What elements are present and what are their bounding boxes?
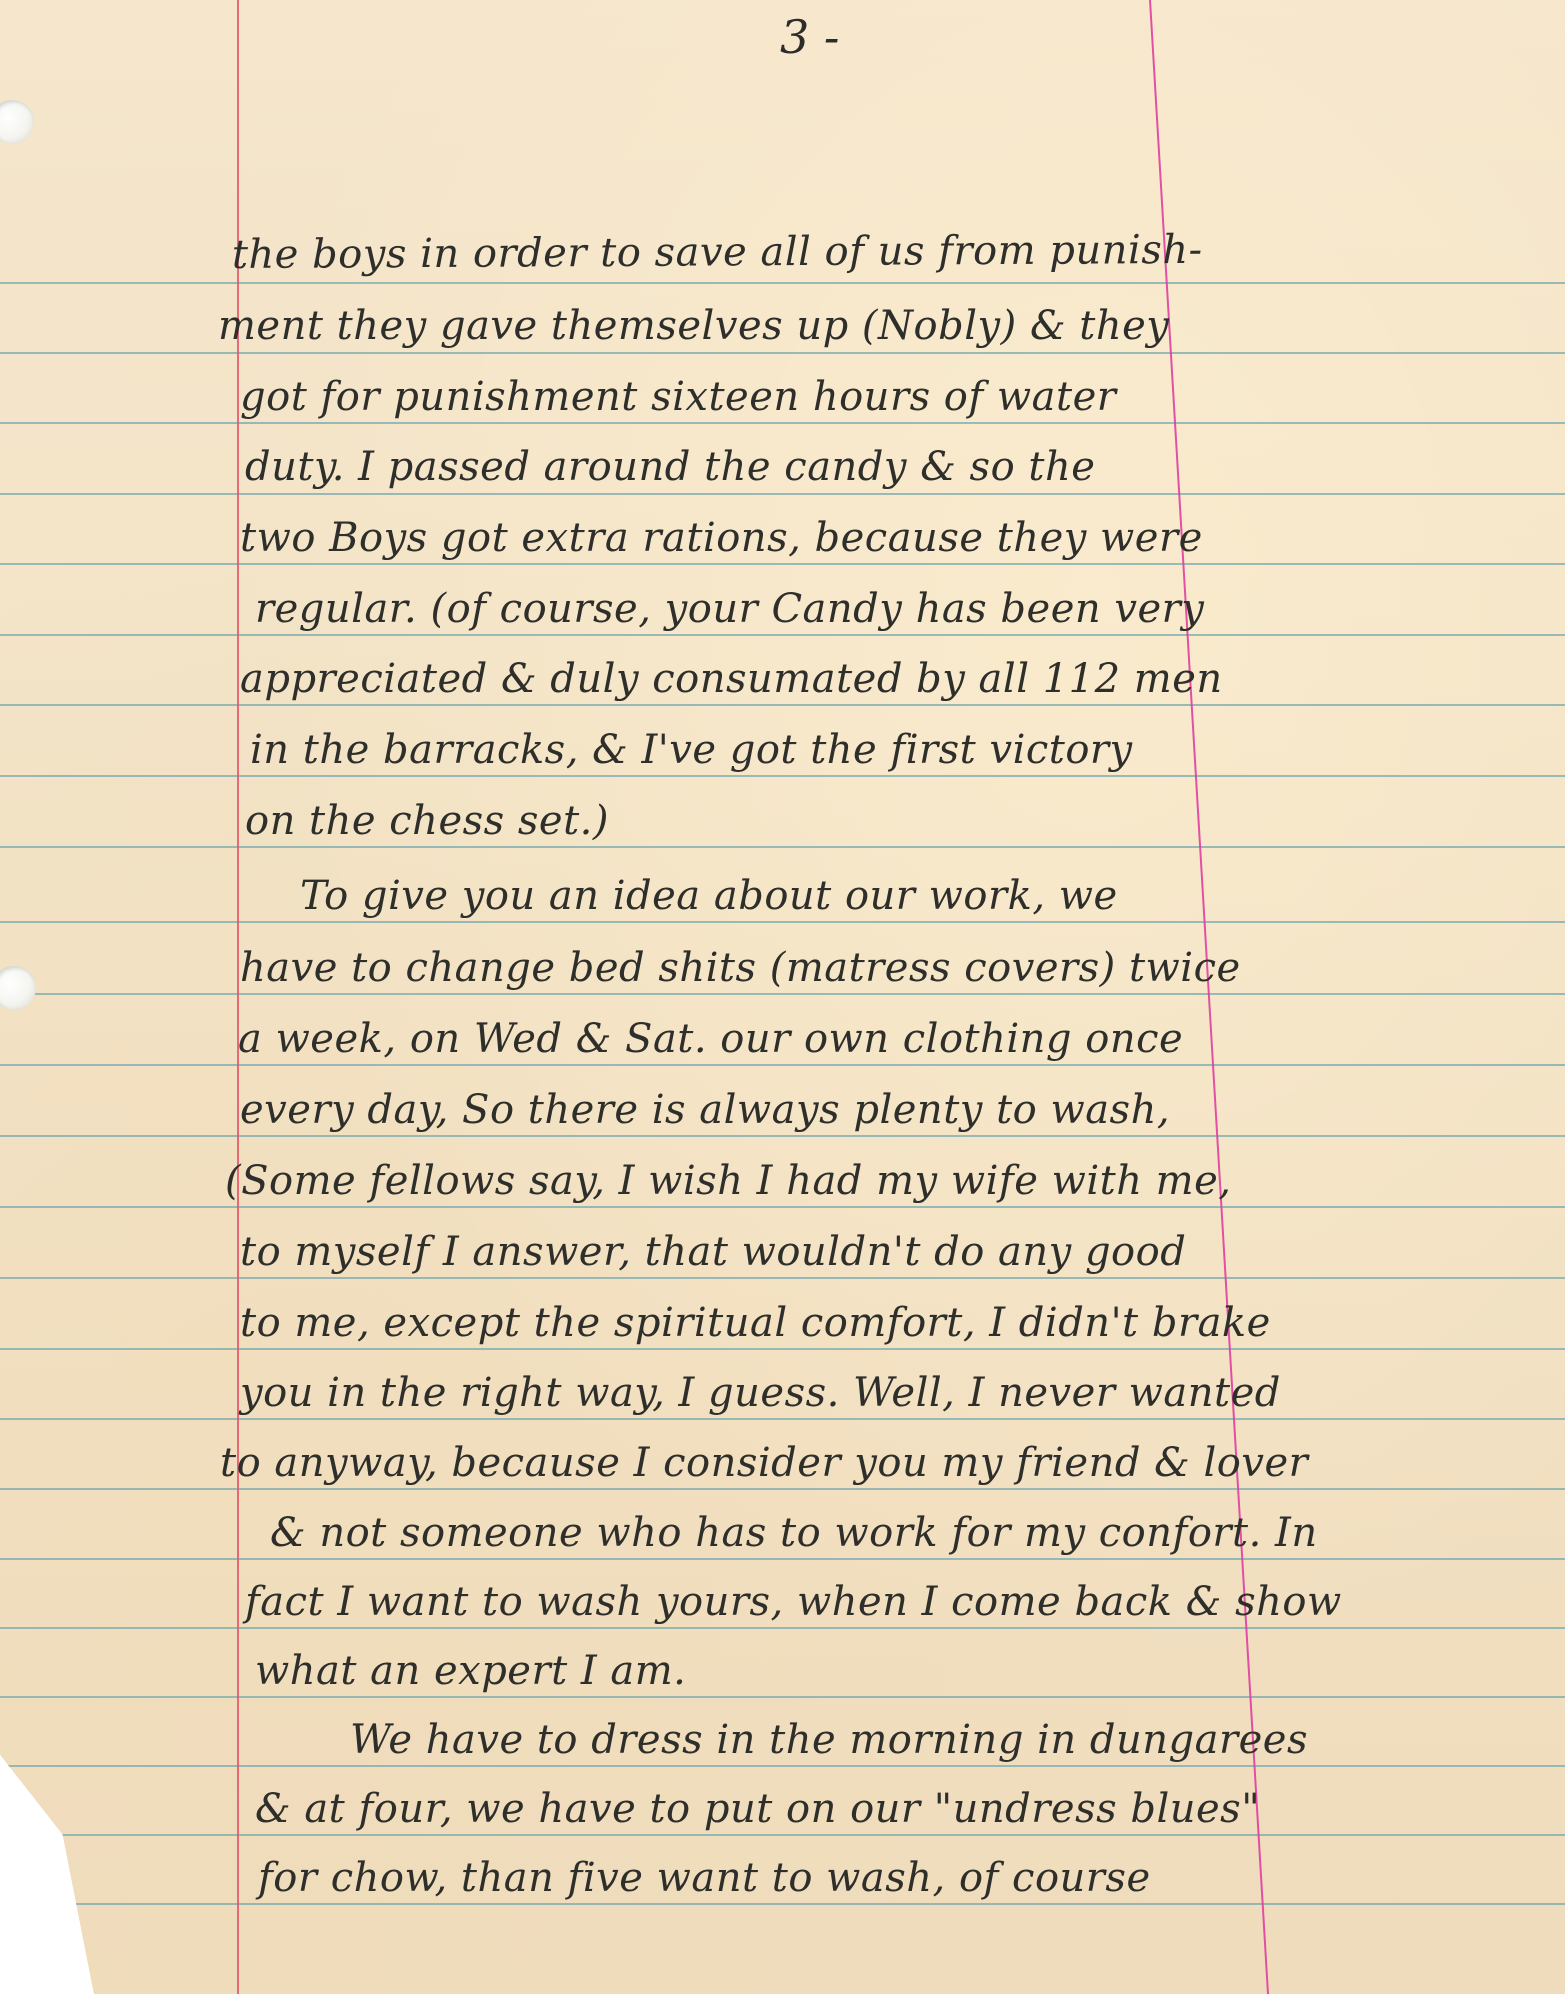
rule-line	[0, 1765, 1565, 1767]
hole-punch-top	[0, 100, 34, 144]
text-line: have to change bed shits (matress covers…	[240, 945, 1241, 991]
rule-line	[0, 1206, 1565, 1208]
page-number: 3 -	[780, 10, 839, 64]
text-line: (Some fellows say, I wish I had my wife …	[225, 1158, 1231, 1204]
rule-line	[0, 1696, 1565, 1698]
text-line: got for punishment sixteen hours of wate…	[240, 374, 1116, 420]
rule-line	[0, 775, 1565, 777]
rule-line	[0, 921, 1565, 923]
rule-line	[0, 1627, 1565, 1629]
text-line: To give you an idea about our work, we	[300, 873, 1118, 919]
rule-line	[0, 282, 1565, 284]
rule-line	[0, 1488, 1565, 1490]
text-line: duty. I passed around the candy & so the	[245, 444, 1095, 490]
text-line: a week, on Wed & Sat. our own clothing o…	[238, 1016, 1183, 1062]
text-line: to me, except the spiritual comfort, I d…	[240, 1300, 1271, 1346]
rule-line	[0, 846, 1565, 848]
notebook-paper: 3 - the boys in order to save all of us …	[0, 0, 1565, 1994]
rule-line	[0, 1135, 1565, 1137]
text-line: two Boys got extra rations, because they…	[240, 515, 1203, 561]
text-line: fact I want to wash yours, when I come b…	[245, 1579, 1342, 1625]
rule-line	[0, 1558, 1565, 1560]
text-line: every day, So there is always plenty to …	[240, 1087, 1170, 1133]
rule-line	[0, 563, 1565, 565]
rule-line	[0, 422, 1565, 424]
right-margin-line	[0, 0, 1565, 1994]
text-line: you in the right way, I guess. Well, I n…	[240, 1370, 1281, 1416]
text-line: & not someone who has to work for my con…	[270, 1510, 1318, 1556]
rule-line	[0, 1064, 1565, 1066]
hole-punch-middle	[0, 966, 36, 1010]
text-line: & at four, we have to put on our "undres…	[255, 1786, 1260, 1832]
left-margin-line	[237, 0, 239, 1994]
rule-line	[0, 1348, 1565, 1350]
text-line: what an expert I am.	[255, 1648, 686, 1694]
text-line: to anyway, because I consider you my fri…	[220, 1440, 1308, 1486]
text-line: on the chess set.)	[245, 798, 609, 844]
text-line: the boys in order to save all of us from…	[232, 227, 1203, 278]
rule-line	[0, 1277, 1565, 1279]
text-line: appreciated & duly consumated by all 112…	[240, 656, 1223, 702]
rule-line	[0, 634, 1565, 636]
text-line: regular. (of course, your Candy has been…	[255, 586, 1204, 632]
text-line: ment they gave themselves up (Nobly) & t…	[218, 303, 1169, 349]
rule-line	[0, 704, 1565, 706]
rule-line	[0, 1834, 1565, 1836]
rule-line	[0, 993, 1565, 995]
text-line: to myself I answer, that wouldn't do any…	[240, 1229, 1186, 1275]
rule-line	[0, 352, 1565, 354]
text-line: We have to dress in the morning in dunga…	[350, 1717, 1308, 1763]
rule-line	[0, 1418, 1565, 1420]
text-line: in the barracks, & I've got the first vi…	[250, 727, 1133, 773]
text-line: for chow, than five want to wash, of cou…	[258, 1855, 1151, 1901]
rule-line	[0, 493, 1565, 495]
rule-line	[0, 1903, 1565, 1905]
hole-punch-bottom	[22, 1843, 66, 1887]
